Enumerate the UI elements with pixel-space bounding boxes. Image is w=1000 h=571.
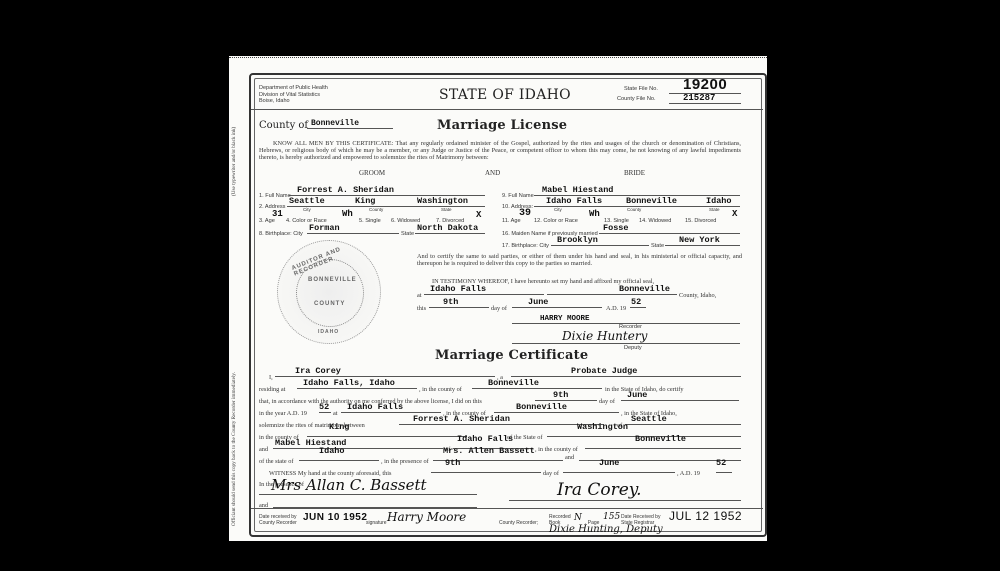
groom-name-field: Forrest A. Sheridan — [289, 185, 485, 196]
cert-groom-city-field: Seattle — [625, 414, 741, 425]
groom-age: 31 — [272, 209, 283, 219]
groom-race: Wh — [342, 209, 353, 219]
page-number: 155 — [603, 512, 620, 522]
cert-groom-state: Washington — [577, 422, 628, 432]
signature-label: signature — [366, 520, 387, 526]
day-of-label: day of — [491, 305, 507, 312]
witness-year-field: 52 — [716, 462, 732, 473]
county-seal: AUDITOR AND RECORDER BONNEVILLE COUNTY I… — [277, 240, 381, 344]
in-county-label: , in the county of — [419, 386, 462, 393]
groom-birth-state-field: North Dakota — [415, 223, 485, 234]
side-note-officiant-instruction: Officiant should send this copy back to … — [231, 276, 245, 526]
license-day: 9th — [443, 297, 458, 307]
residing-place: Idaho Falls, Idaho — [303, 378, 395, 388]
recorder-field: HARRY MOORE — [512, 313, 740, 324]
bride-name-field: Mabel Hiestand — [534, 185, 740, 196]
cert-year: 52 — [319, 402, 329, 412]
license-city: Idaho Falls — [430, 284, 486, 294]
license-month-field: June — [512, 297, 602, 308]
cert-at-label: at — [333, 410, 338, 417]
groom-address-field: Seattle King Washington — [287, 196, 485, 207]
cert-of-the-state-label: of the state of — [259, 458, 293, 465]
license-county-field: Bonneville — [547, 284, 677, 295]
perforation-line — [229, 57, 767, 58]
witness-day-of-label: day of — [543, 470, 559, 477]
bride-birth-city: Brooklyn — [557, 235, 598, 245]
groom-divorced-mark: X — [476, 210, 481, 220]
bride-age-label: 11. Age — [502, 218, 521, 224]
bride-birth-state-field: New York — [665, 235, 740, 246]
bride-age: 39 — [519, 208, 531, 219]
cert-bride-city: Idaho Falls — [457, 434, 513, 444]
marriage-record-document: (Use typewriter and/or black ink) Offici… — [229, 56, 767, 541]
state-file-field: 19200 — [669, 78, 741, 94]
bride-name: Mabel Hiestand — [542, 185, 613, 195]
cert-bride-state-field: Idaho — [299, 450, 379, 461]
state-file-number: 19200 — [683, 76, 727, 93]
cert-bride-county-field: Bonneville — [585, 438, 741, 449]
seal-inner-bottom-text: COUNTY — [314, 301, 345, 307]
bride-birth-state-label: State — [651, 243, 664, 249]
recorder-signature: Harry Moore — [387, 510, 466, 524]
deputy-signature: Dixie Huntery — [562, 329, 647, 343]
residing-county-field: Bonneville — [472, 378, 602, 389]
i-label: I, — [269, 374, 273, 381]
cert-day-field: 9th — [535, 390, 597, 401]
header-divider — [251, 109, 763, 110]
county-file-number: 215287 — [683, 93, 715, 103]
witness-day-field: 9th — [431, 462, 541, 473]
date-received-stamp: JUN 10 1952 — [303, 512, 367, 523]
deputy-field: Dixie Huntery — [512, 331, 740, 344]
witness-day: 9th — [445, 458, 460, 468]
cert-and2-label: and — [565, 454, 574, 461]
cert-groom-city: Seattle — [631, 414, 667, 424]
license-title: Marriage License — [437, 118, 567, 133]
agency-line: Department of Public Health — [259, 85, 328, 92]
cert-presence-label: , in the presence of — [381, 458, 429, 465]
bride-county: Bonneville — [626, 196, 677, 206]
groom-county: King — [355, 196, 375, 206]
county-recorder-label: County Recorder; — [499, 520, 538, 526]
bride-state: Idaho — [706, 196, 732, 206]
witness-signature: Mrs Allan C. Bassett — [271, 476, 427, 494]
officiant-title-field: Probate Judge — [511, 366, 741, 377]
date-received-label: Date received by County Recorder — [259, 514, 309, 526]
license-year: 52 — [631, 297, 641, 307]
bride-divorced-mark: X — [732, 209, 737, 219]
at-label: at — [417, 292, 422, 299]
county-field: Bonneville — [307, 118, 393, 129]
recorder-name: HARRY MOORE — [540, 315, 590, 323]
state-sublabel: State — [441, 207, 452, 212]
city-sublabel: City — [554, 207, 562, 212]
certify-paragraph: And to certify the same to said parties,… — [417, 253, 742, 267]
officiant-name: Ira Corey — [295, 366, 341, 376]
bride-birth-state: New York — [679, 235, 720, 245]
deputy-label: Deputy — [624, 345, 642, 351]
officiant-title: Probate Judge — [571, 366, 637, 376]
cert-groom-county-field: King — [307, 426, 467, 437]
bride-heading: BRIDE — [624, 170, 645, 177]
cert-place-field: Idaho Falls — [341, 402, 441, 413]
groom-birth-city-field: Forman — [307, 223, 399, 234]
footer-deputy-signature: Dixie Hunting, Deputy — [549, 524, 663, 535]
bride-race: Wh — [589, 209, 600, 219]
groom-name-label: 1. Full Name — [259, 193, 291, 199]
license-county: Bonneville — [311, 119, 359, 128]
groom-birthplace-label: 8. Birthplace: City — [259, 231, 303, 237]
agency-line: Boise, Idaho — [259, 98, 328, 105]
cert-bride-field: Mabel Hiestand — [273, 438, 443, 449]
bride-race-label: 12. Color or Race — [534, 218, 578, 224]
state-received-stamp: JUL 12 1952 — [669, 509, 742, 523]
bride-maiden-field: Fosse — [599, 223, 740, 234]
witness-ad-label: , A.D. 19 — [677, 470, 700, 477]
license-month: June — [528, 297, 548, 307]
county-idaho-label: County, Idaho, — [679, 292, 716, 299]
groom-state: Washington — [417, 196, 468, 206]
cert-county: Bonneville — [516, 402, 567, 412]
cert-bride-county: Bonneville — [635, 434, 686, 444]
cert-month-field: June — [621, 390, 739, 401]
this-label: this — [417, 305, 426, 312]
cert-and-label: and — [259, 446, 268, 453]
witness-year: 52 — [716, 458, 726, 468]
city-sublabel: City — [303, 207, 311, 212]
witness-month-field: June — [563, 462, 675, 473]
county-file-label: County File No. — [617, 96, 656, 102]
side-note-ink-instruction: (Use typewriter and/or black ink) — [231, 86, 245, 196]
residing-label: residing at — [259, 386, 285, 393]
county-sublabel: County — [369, 207, 383, 212]
cert-groom-county: King — [329, 422, 349, 432]
bride-city: Idaho Falls — [546, 196, 602, 206]
residing-county: Bonneville — [488, 378, 539, 388]
witness-signature-field: Mrs Allan C. Bassett — [259, 480, 477, 495]
cert-month: June — [627, 390, 647, 400]
cert-place: Idaho Falls — [347, 402, 403, 412]
cert-day: 9th — [553, 390, 568, 400]
state-sublabel: State — [709, 207, 720, 212]
license-intro: KNOW ALL MEN BY THIS CERTIFICATE: That a… — [259, 140, 741, 162]
bride-maiden-name: Fosse — [603, 223, 629, 233]
bride-birthplace-label: 17. Birthplace: City — [502, 243, 549, 249]
groom-heading: GROOM — [359, 170, 385, 177]
officiant-signature: Ira Corey. — [557, 480, 642, 500]
second-witness-field — [273, 497, 477, 508]
cert-county-field: Bonneville — [494, 402, 619, 413]
state-file-label: State File No. — [624, 86, 658, 92]
cert-groom-name: Forrest A. Sheridan — [413, 414, 510, 424]
bride-name-label: 9. Full Name — [502, 193, 534, 199]
groom-name: Forrest A. Sheridan — [297, 185, 394, 195]
license-at-county: Bonneville — [619, 284, 670, 294]
cert-year-label: in the year A.D. 19 — [259, 410, 307, 417]
cert-groom-field: Forrest A. Sheridan — [399, 414, 604, 425]
groom-birth-state-label: State — [401, 231, 414, 237]
book-number: N — [574, 513, 582, 523]
county-label: County of — [259, 120, 308, 131]
state-title: STATE OF IDAHO — [439, 87, 571, 103]
cert-bride-state: Idaho — [319, 446, 345, 456]
county-file-field: 215287 — [669, 93, 741, 104]
license-day-field: 9th — [429, 297, 489, 308]
seal-inner-top-text: BONNEVILLE — [308, 277, 357, 283]
officiant-signature-field: Ira Corey. — [509, 482, 741, 501]
residing-field: Idaho Falls, Idaho — [297, 378, 417, 389]
groom-city: Seattle — [289, 196, 325, 206]
seal-bottom-text: IDAHO — [318, 329, 339, 335]
license-year-field: 52 — [630, 297, 646, 308]
and-heading: AND — [485, 170, 500, 177]
cert-year-field: 52 — [319, 402, 331, 413]
license-city-field: Idaho Falls — [424, 284, 544, 295]
bride-birth-city-field: Brooklyn — [551, 235, 649, 246]
witness-month: June — [599, 458, 619, 468]
officiant-field: Ira Corey — [275, 366, 495, 377]
agency-block: Department of Public Health Division of … — [259, 85, 328, 105]
county-sublabel: County — [627, 207, 641, 212]
groom-birth-city: Forman — [309, 223, 340, 233]
groom-birth-state: North Dakota — [417, 223, 478, 233]
bride-address-field: Idaho Falls Bonneville Idaho — [534, 196, 740, 207]
ad-label: A.D. 19 — [606, 305, 626, 312]
certificate-title: Marriage Certificate — [435, 348, 588, 363]
cert-witness1: Mrs. Allen Bassett — [443, 446, 535, 456]
